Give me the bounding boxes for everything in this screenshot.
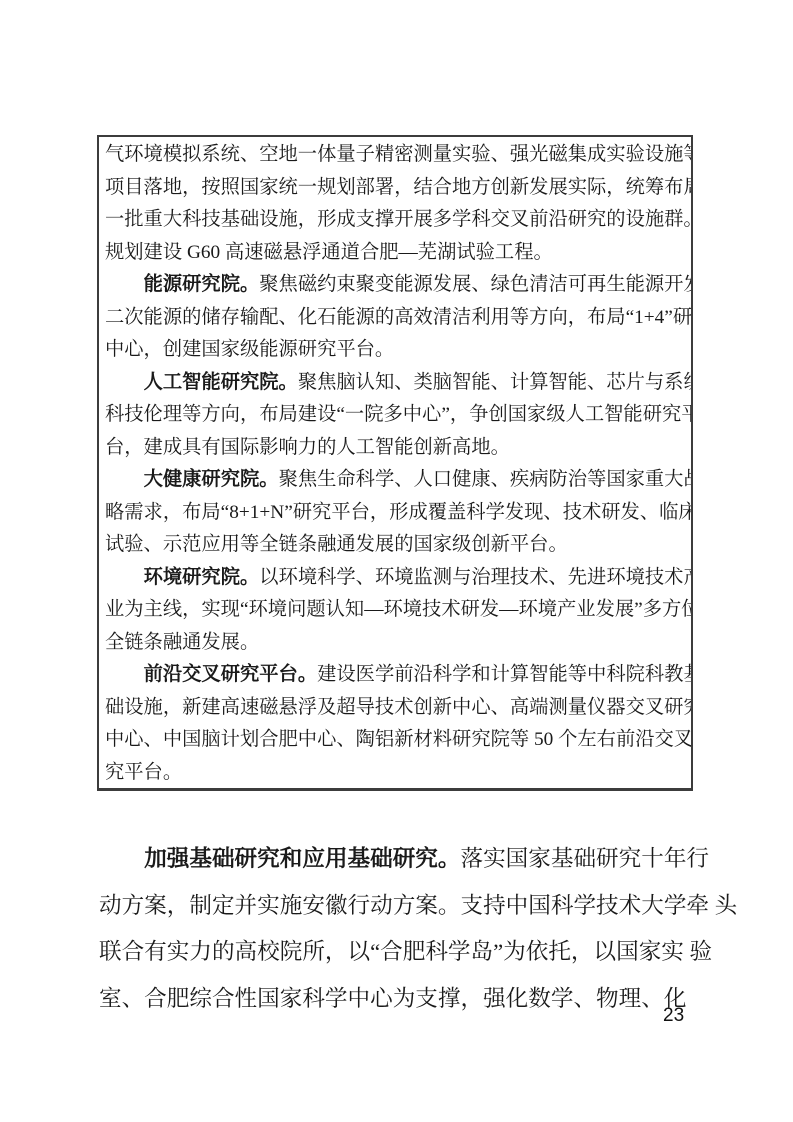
text-line: 科技伦理等方向，布局建设“一院多中心”，争创国家级人工智能研究平	[105, 399, 685, 432]
paragraph-lead-bold: 大健康研究院。	[144, 469, 279, 490]
line-text: 中心，创建国家级能源研究平台。	[105, 339, 394, 360]
text-line: 能源研究院。聚焦磁约束聚变能源发展、绿色清洁可再生能源开发、	[105, 269, 685, 302]
text-line: 前沿交叉研究平台。建设医学前沿科学和计算智能等中科院科教基	[105, 659, 685, 692]
page-number: 23	[663, 1002, 684, 1030]
text-line: 一批重大科技基础设施，形成支撑开展多学科交叉前沿研究的设施群。	[105, 204, 685, 237]
text-line: 规划建设 G60 高速磁悬浮通道合肥—芜湖试验工程。	[105, 237, 685, 270]
paragraph-lead-bold: 加强基础研究和应用基础研究。	[144, 846, 460, 871]
line-text: 试验、示范应用等全链条融通发展的国家级创新平台。	[105, 534, 568, 555]
line-text: 础设施，新建高速磁悬浮及超导技术创新中心、高端测量仪器交叉研究	[105, 697, 693, 718]
line-text: 中心、中国脑计划合肥中心、陶铝新材料研究院等 50 个左右前沿交叉研	[105, 729, 693, 750]
line-text: 聚焦脑认知、类脑智能、计算智能、芯片与系统、	[298, 372, 693, 393]
text-line: 略需求，布局“8+1+N”研究平台，形成覆盖科学发现、技术研发、临床	[105, 497, 685, 530]
text-line: 二次能源的储存输配、化石能源的高效清洁利用等方向，布局“1+4”研究	[105, 302, 685, 335]
line-text: 气环境模拟系统、空地一体量子精密测量实验、强光磁集成实验设施等	[105, 144, 693, 165]
line-text: 业为主线，实现“环境问题认知—环境技术研发—环境产业发展”多方位	[105, 599, 693, 620]
line-text: 落实国家基础研究十年行	[461, 846, 710, 871]
line-text: 科技伦理等方向，布局建设“一院多中心”，争创国家级人工智能研究平	[105, 404, 693, 425]
text-line: 项目落地，按照国家统一规划部署，结合地方创新发展实际，统筹布局	[105, 172, 685, 205]
text-line: 究平台。	[105, 757, 685, 790]
document-page: { "page": { "number": "23", "background"…	[0, 0, 793, 1122]
text-line: 动方案，制定并实施安徽行动方案。支持中国科学技术大学牵 头	[99, 883, 707, 930]
text-line: 中心、中国脑计划合肥中心、陶铝新材料研究院等 50 个左右前沿交叉研	[105, 724, 685, 757]
text-line: 试验、示范应用等全链条融通发展的国家级创新平台。	[105, 529, 685, 562]
line-text: 台，建成具有国际影响力的人工智能创新高地。	[105, 437, 510, 458]
line-text: 聚焦磁约束聚变能源发展、绿色清洁可再生能源开发、	[259, 274, 693, 295]
boxed-text-panel: 气环境模拟系统、空地一体量子精密测量实验、强光磁集成实验设施等项目落地，按照国家…	[97, 135, 693, 791]
line-text: 以环境科学、环境监测与治理技术、先进环境技术产	[259, 567, 693, 588]
text-line: 人工智能研究院。聚焦脑认知、类脑智能、计算智能、芯片与系统、	[105, 367, 685, 400]
text-line: 业为主线，实现“环境问题认知—环境技术研发—环境产业发展”多方位	[105, 594, 685, 627]
body-paragraph: 加强基础研究和应用基础研究。落实国家基础研究十年行动方案，制定并实施安徽行动方案…	[99, 836, 707, 1022]
line-text: 规划建设 G60 高速磁悬浮通道合肥—芜湖试验工程。	[105, 242, 553, 263]
line-text: 动方案，制定并实施安徽行动方案。支持中国科学技术大学牵 头	[99, 893, 737, 918]
line-text: 一批重大科技基础设施，形成支撑开展多学科交叉前沿研究的设施群。	[105, 209, 693, 230]
line-text: 略需求，布局“8+1+N”研究平台，形成覆盖科学发现、技术研发、临床	[105, 502, 693, 523]
paragraph-lead-bold: 能源研究院。	[144, 274, 260, 295]
line-text: 项目落地，按照国家统一规划部署，结合地方创新发展实际，统筹布局	[105, 177, 693, 198]
text-line: 联合有实力的高校院所，以“合肥科学岛”为依托，以国家实 验	[99, 929, 707, 976]
paragraph-lead-bold: 人工智能研究院。	[144, 372, 298, 393]
text-line: 环境研究院。以环境科学、环境监测与治理技术、先进环境技术产	[105, 562, 685, 595]
line-text: 究平台。	[105, 762, 182, 783]
line-text: 全链条融通发展。	[105, 632, 259, 653]
line-text: 二次能源的储存输配、化石能源的高效清洁利用等方向，布局“1+4”研究	[105, 307, 693, 328]
text-line: 加强基础研究和应用基础研究。落实国家基础研究十年行	[99, 836, 707, 883]
line-text: 室、合肥综合性国家科学中心为支撑，强化数学、物理、化	[99, 986, 686, 1011]
paragraph-lead-bold: 前沿交叉研究平台。	[144, 664, 318, 685]
line-text: 聚焦生命科学、人口健康、疾病防治等国家重大战	[279, 469, 693, 490]
paragraph-lead-bold: 环境研究院。	[144, 567, 260, 588]
text-line: 中心，创建国家级能源研究平台。	[105, 334, 685, 367]
text-line: 全链条融通发展。	[105, 627, 685, 660]
text-line: 台，建成具有国际影响力的人工智能创新高地。	[105, 432, 685, 465]
line-text: 联合有实力的高校院所，以“合肥科学岛”为依托，以国家实 验	[99, 939, 712, 964]
line-text: 建设医学前沿科学和计算智能等中科院科教基	[317, 664, 693, 685]
text-line: 室、合肥综合性国家科学中心为支撑，强化数学、物理、化	[99, 976, 707, 1023]
text-line: 气环境模拟系统、空地一体量子精密测量实验、强光磁集成实验设施等	[105, 139, 685, 172]
text-line: 大健康研究院。聚焦生命科学、人口健康、疾病防治等国家重大战	[105, 464, 685, 497]
text-line: 础设施，新建高速磁悬浮及超导技术创新中心、高端测量仪器交叉研究	[105, 692, 685, 725]
